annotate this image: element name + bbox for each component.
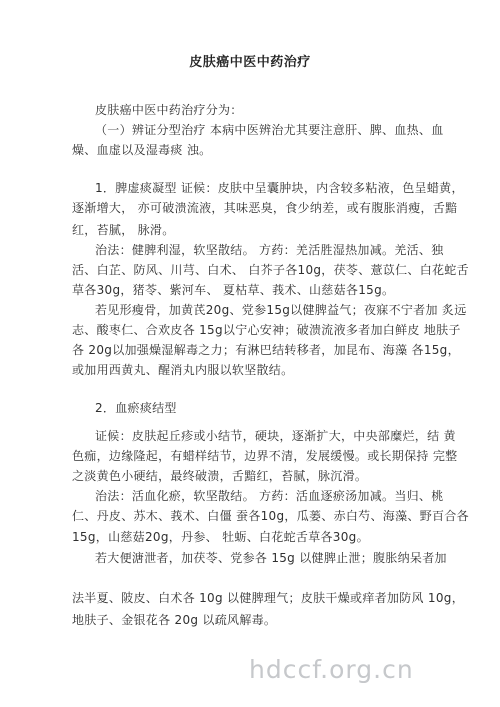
text-line: 法半夏、陂皮、白术各 10g 以健脾理气；皮肤干燥或痒者加防风 10g，: [72, 588, 472, 608]
text-line: 之淡黄色小硬结，最终破溃，舌黯红，苔腻，脉沉滑。: [72, 466, 472, 486]
text-line: 2．血瘀痰结型: [95, 398, 472, 418]
text-line: 志、酸枣仁、合欢皮各 15g以宁心安神；破溃流液多者加白鲜皮 地肤子: [72, 320, 472, 340]
text-line: 1．脾虚痰凝型 证候：皮肤中呈囊肿块，内含较多粘液，色呈蜡黄，: [95, 178, 472, 198]
text-line: 草各30g，猪苓、紫河车、 夏枯草、莪术、山慈菇各15g。: [72, 280, 472, 300]
text-line: （一）辨证分型治疗 本病中医辨治尤其要注意肝、脾、血热、血: [95, 120, 472, 140]
text-line: 或加用西黄丸、醒消丸内服以软坚散结。: [72, 360, 472, 380]
text-line: 治法：健脾利湿，软坚散结。 方药：羌活胜湿热加减。羌活、独: [95, 240, 472, 260]
text-line: 若大便溏泄者，加茯苓、党参各 15g 以健脾止泄；腹胀纳呆者加: [95, 548, 472, 568]
text-line: 仁、丹皮、苏木、莪术、白僵 蚕各10g，瓜蒌、赤白芍、海藻、野百合各: [72, 506, 472, 526]
text-line: 逐渐增大， 亦可破溃流液，其味恶臭，食少纳差，或有腹胀消瘦，舌黯: [72, 198, 472, 218]
text-line: 证候：皮肤起丘疹或小结节，硬块，逐渐扩大，中央部糜烂，结 黄: [95, 426, 472, 446]
text-line: 地肤子、金银花各 20g 以疏风解毒。: [72, 610, 472, 630]
text-line: 若见形瘦骨，加黄芪20g、党参15g以健脾益气；夜寐不宁者加 炙远: [95, 300, 472, 320]
watermark: hdccf.org.cn: [249, 655, 414, 684]
text-line: 治法：活血化瘀，软坚散结。 方药：活血逐瘀汤加减。当归、桃: [95, 486, 472, 506]
text-line: 燥、血虚以及湿毒痰 浊。: [72, 140, 472, 160]
text-line: 活、白芷、防风、川芎、白术、 白芥子各10g，茯苓、薏苡仁、白花蛇舌: [72, 260, 472, 280]
page-title: 皮肤癌中医中药治疗: [0, 51, 500, 70]
text-line: 15g，山慈菇20g，丹参、 牡蛎、白花蛇舌草各30g。: [72, 527, 472, 547]
document-body: 皮肤癌中医中药治疗分为：（一）辨证分型治疗 本病中医辨治尤其要注意肝、脾、血热、…: [72, 100, 472, 630]
text-line: 皮肤癌中医中药治疗分为：: [95, 100, 472, 120]
text-line: 各 20g以加强燥湿解毒之力；有淋巴结转移者，加昆布、海藻 各15g，: [72, 340, 472, 360]
text-line: 色痂，边缘隆起，有蜡样结节，边界不清，发展缓慢。或长期保持 完整: [72, 446, 472, 466]
text-line: 红，苔腻， 脉滑。: [72, 220, 472, 240]
